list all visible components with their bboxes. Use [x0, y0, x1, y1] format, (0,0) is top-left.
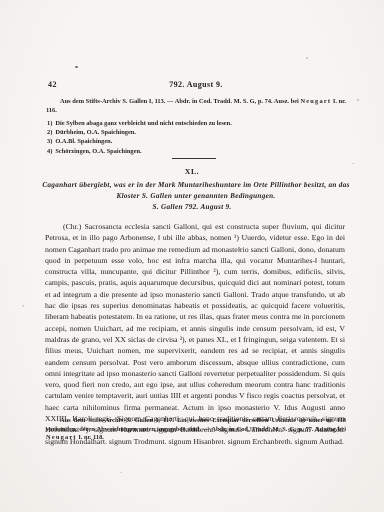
- scan-speck: [120, 472, 122, 473]
- scan-speck: [306, 57, 308, 59]
- scan-speck: [352, 163, 354, 164]
- footnote-item: 4)Schörzingen, O.A. Spaichingen.: [47, 147, 324, 156]
- footnote-text: O.A.Bl. Spaichingen.: [55, 138, 112, 145]
- page-header: 42 792. August 9.: [46, 80, 346, 92]
- charter-regest: Caganhart übergiebt, was er in der Mark …: [40, 180, 352, 202]
- footnote-text: Dürbheim, O.A. Spaichingen.: [55, 129, 136, 136]
- source-note-bottom-author: Neugart: [46, 434, 77, 441]
- footnote-text: Die Sylben abaga ganz verbleicht und nic…: [55, 120, 231, 127]
- separator-rule: [172, 158, 216, 159]
- footnote-item: 2)Dürbheim, O.A. Spaichingen.: [47, 128, 324, 137]
- footnote-label: 1): [47, 120, 52, 127]
- running-header: 792. August 9.: [46, 80, 346, 89]
- footnote-text: Schörzingen, O.A. Spaichingen.: [55, 148, 141, 155]
- source-note-top-text: Aus dem Stifts-Archiv S. Gallen I, 113. …: [60, 98, 300, 105]
- scan-speck: [75, 66, 78, 68]
- charter-body: (Chr.) Sacrosancta ecclesia sancti Gallo…: [45, 221, 345, 447]
- footnote-label: 4): [47, 148, 52, 155]
- scan-speck: [22, 305, 24, 307]
- footnote-label: 2): [47, 129, 52, 136]
- charter-dateline: S. Gallen 792. August 9.: [0, 203, 384, 211]
- scanned-book-page: 42 792. August 9. Aus dem Stifts-Archiv …: [0, 0, 384, 512]
- source-note-bottom-text: Aus dem Stifts-Archiv S. Gallen I, 117. …: [46, 417, 346, 433]
- source-note-bottom-ref: I. nr. 118.: [77, 434, 104, 441]
- charter-number: XL.: [0, 167, 384, 176]
- footnote-label: 3): [47, 138, 52, 145]
- scan-speck: [357, 99, 359, 101]
- source-note-top-author: Neugart: [300, 98, 331, 105]
- source-note-bottom: Aus dem Stifts-Archiv S. Gallen I, 117. …: [46, 417, 346, 443]
- footnote-list: 1)Die Sylben abaga ganz verbleicht und n…: [47, 119, 324, 156]
- footnote-item: 1)Die Sylben abaga ganz verbleicht und n…: [47, 119, 324, 128]
- source-note-top: Aus dem Stifts-Archiv S. Gallen I, 113. …: [46, 98, 346, 115]
- footnote-item: 3)O.A.Bl. Spaichingen.: [47, 137, 324, 146]
